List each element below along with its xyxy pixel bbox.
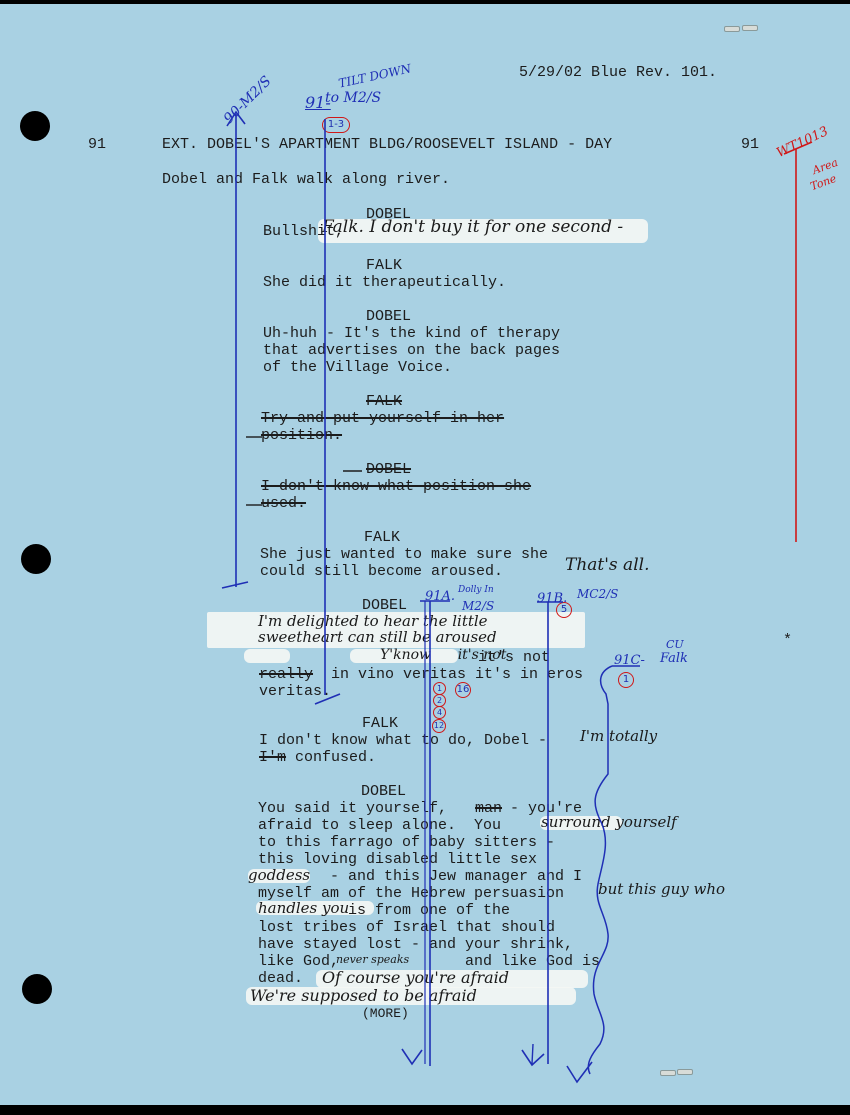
script-page: 5/29/02 Blue Rev. 101. 91 EXT. DOBEL'S A… <box>0 4 850 1105</box>
shot-lines <box>0 4 850 1105</box>
